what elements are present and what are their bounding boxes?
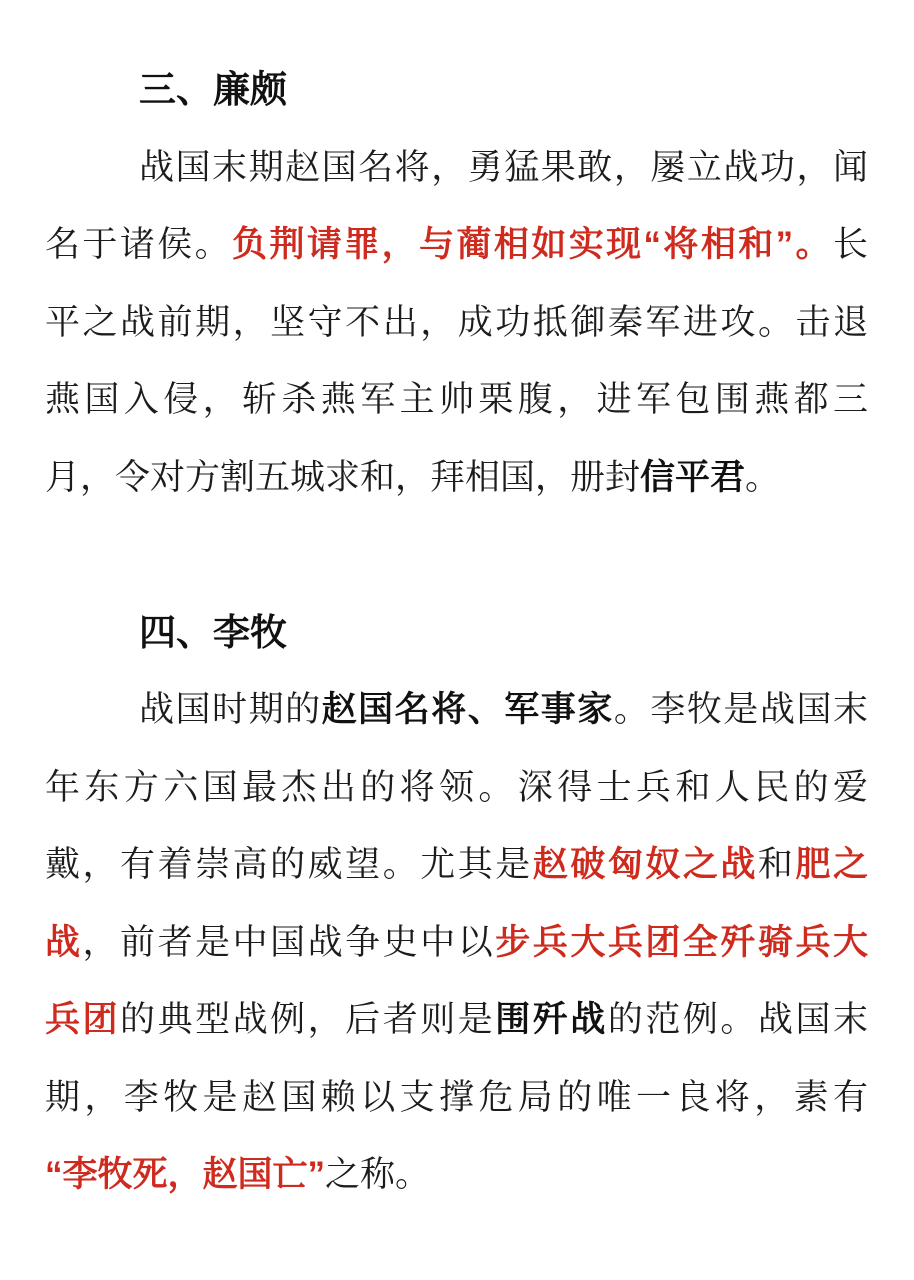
emphasis-red-text: 战 [45, 923, 83, 962]
text-line: 兵团的典型战例，后者则是围歼战的范例。战国末 [45, 981, 868, 1059]
document-page: 三、廉颇战国末期赵国名将，勇猛果敢，屡立战功，闻名于诸侯。负荆请罪，与蔺相如实现… [0, 0, 914, 1280]
text-line: 月，令对方割五城求和，拜相国，册封信平君。 [45, 439, 868, 517]
body-text: 戴，有着崇高的威望。尤其是 [45, 845, 533, 884]
text-line: 期，李牧是赵国赖以支撑危局的唯一良将，素有 [45, 1059, 868, 1137]
emphasis-red-text: 兵团 [45, 1000, 120, 1039]
body-text: 期，李牧是赵国赖以支撑危局的唯一良将，素有 [45, 1078, 868, 1117]
emphasis-red-text: “李牧死，赵国亡” [45, 1155, 325, 1194]
text-line: 年东方六国最杰出的将领。深得士兵和人民的爱 [45, 749, 868, 827]
body-text: ，前者是中国战争史中以 [83, 923, 496, 962]
section: 四、李牧战国时期的赵国名将、军事家。李牧是战国末年东方六国最杰出的将领。深得士兵… [45, 594, 868, 1214]
emphasis-red-text: 负荆请罪，与蔺相如实现“将相和”。 [232, 225, 833, 264]
body-text: 长 [833, 225, 868, 264]
body-text: 战国时期的 [139, 690, 322, 729]
section: 三、廉颇战国末期赵国名将，勇猛果敢，屡立战功，闻名于诸侯。负荆请罪，与蔺相如实现… [45, 51, 868, 516]
emphasis-bold-text: 赵国名将、军事家 [322, 690, 614, 729]
body-text: 。 [745, 458, 780, 497]
body-text: 。李牧是战国末 [614, 690, 868, 729]
section-heading: 三、廉颇 [45, 51, 868, 129]
body-text: 之称。 [325, 1155, 430, 1194]
emphasis-bold-text: 围歼战 [495, 1000, 608, 1039]
body-text: 月，令对方割五城求和，拜相国，册封 [45, 458, 640, 497]
text-line: 战国时期的赵国名将、军事家。李牧是战国末 [45, 671, 868, 749]
text-line: 戴，有着崇高的威望。尤其是赵破匈奴之战和肥之 [45, 826, 868, 904]
text-line: “李牧死，赵国亡”之称。 [45, 1136, 868, 1214]
body-text: 战国末期赵国名将，勇猛果敢，屡立战功，闻 [139, 148, 868, 187]
body-text: 燕国入侵，斩杀燕军主帅栗腹，进军包围燕都三 [45, 380, 868, 419]
emphasis-red-text: 赵破匈奴之战 [533, 845, 758, 884]
emphasis-red-text: 肥之 [795, 845, 868, 884]
text-line: 战国末期赵国名将，勇猛果敢，屡立战功，闻 [45, 129, 868, 207]
emphasis-red-text: 步兵大兵团全歼骑兵大 [495, 923, 868, 962]
text-line: 平之战前期，坚守不出，成功抵御秦军进攻。击退 [45, 284, 868, 362]
body-text: 的典型战例，后者则是 [120, 1000, 495, 1039]
emphasis-bold-text: 信平君 [640, 458, 745, 497]
text-line: 战，前者是中国战争史中以步兵大兵团全歼骑兵大 [45, 904, 868, 982]
section-heading: 四、李牧 [45, 594, 868, 672]
body-text: 年东方六国最杰出的将领。深得士兵和人民的爱 [45, 768, 868, 807]
text-line: 名于诸侯。负荆请罪，与蔺相如实现“将相和”。长 [45, 206, 868, 284]
text-line: 燕国入侵，斩杀燕军主帅栗腹，进军包围燕都三 [45, 361, 868, 439]
body-text: 平之战前期，坚守不出，成功抵御秦军进攻。击退 [45, 303, 868, 342]
body-text: 的范例。战国末 [608, 1000, 868, 1039]
body-text: 和 [758, 845, 796, 884]
body-text: 名于诸侯。 [45, 225, 232, 264]
